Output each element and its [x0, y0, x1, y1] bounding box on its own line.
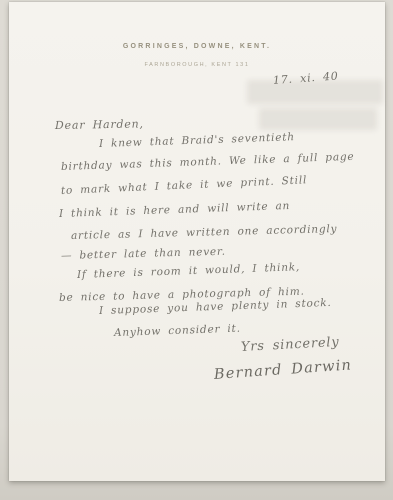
letter-salutation: Dear Harden, [55, 117, 144, 132]
body-line: to mark what I take it we print. Still [61, 174, 308, 197]
body-line: I knew that Braid's seventieth [99, 131, 295, 150]
body-line: birthday was this month. We like a full … [61, 151, 355, 173]
body-line: article as I have written one accordingl… [71, 223, 338, 242]
letter-closing: Yrs sincerely [241, 335, 340, 355]
showthrough-watermark-bottom [259, 108, 377, 130]
letterhead-telephone: FARNBOROUGH, KENT 131 [9, 62, 385, 68]
body-line: If there is room it would, I think, [77, 261, 301, 281]
letter-signature: Bernard Darwin [213, 357, 352, 383]
letter-paper: GORRINGES, DOWNE, KENT. FARNBOROUGH, KEN… [9, 2, 385, 481]
body-line: — better late than never. [61, 246, 226, 262]
body-line: Anyhow consider it. [114, 323, 241, 339]
body-line: I think it is here and will write an [59, 200, 291, 220]
letterhead-address: GORRINGES, DOWNE, KENT. [9, 43, 385, 50]
